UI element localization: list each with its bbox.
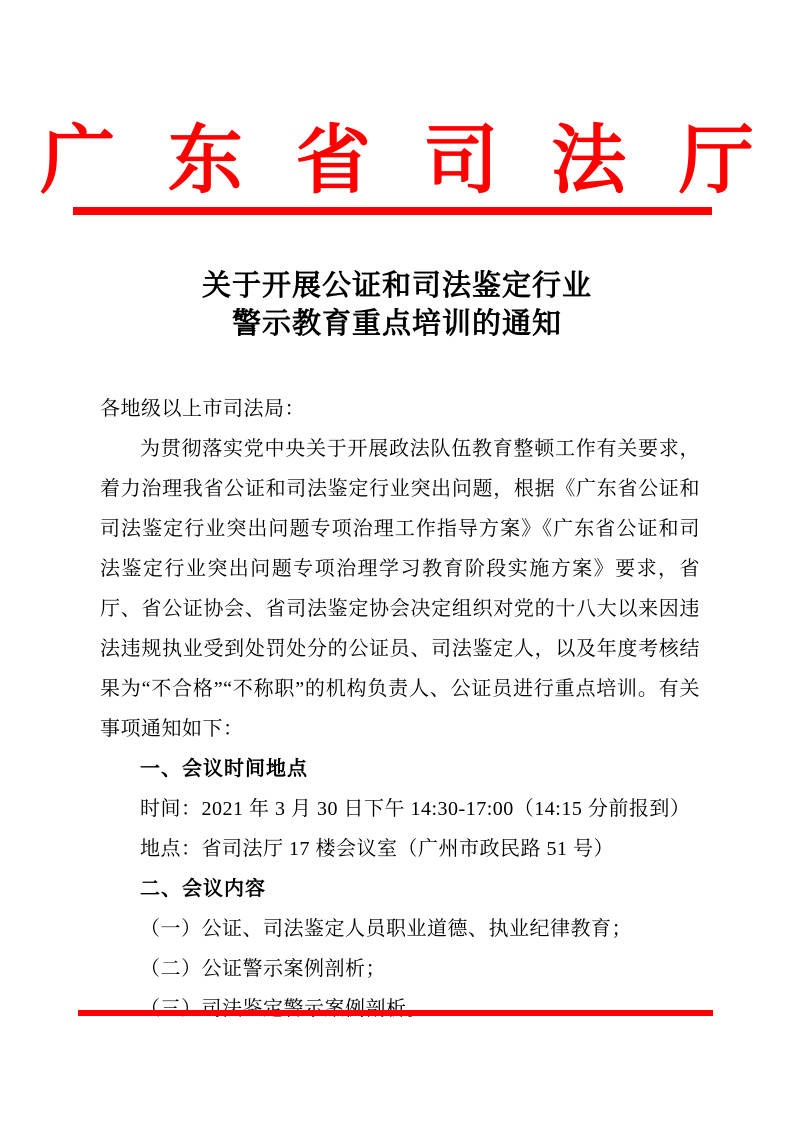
document-page: 广 东 省 司 法 厅 关于开展公证和司法鉴定行业 警示教育重点培训的通知 各地… xyxy=(0,0,794,1123)
agenda-item-1: （一）公证、司法鉴定人员职业道德、执业纪律教育； xyxy=(100,909,700,949)
footer-divider-rule xyxy=(78,1010,713,1016)
letterhead-agency-name: 广 东 省 司 法 厅 xyxy=(0,124,794,199)
document-title-line2: 警示教育重点培训的通知 xyxy=(0,305,794,343)
intro-paragraph: 为贯彻落实党中央关于开展政法队伍教育整顿工作有关要求，着力治理我省公证和司法鉴定… xyxy=(100,429,700,749)
agenda-item-3: （三）司法鉴定警示案例剖析。 xyxy=(100,989,700,1029)
meeting-place-line: 地点：省司法厅 17 楼会议室（广州市政民路 51 号） xyxy=(100,829,700,869)
document-title: 关于开展公证和司法鉴定行业 警示教育重点培训的通知 xyxy=(0,267,794,343)
document-body: 各地级以上市司法局： 为贯彻落实党中央关于开展政法队伍教育整顿工作有关要求，着力… xyxy=(100,389,700,1029)
section1-heading: 一、会议时间地点 xyxy=(100,749,700,789)
agenda-item-2: （二）公证警示案例剖析； xyxy=(100,949,700,989)
meeting-time-line: 时间：2021 年 3 月 30 日下午 14:30-17:00（14:15 分… xyxy=(100,789,700,829)
section2-heading: 二、会议内容 xyxy=(100,869,700,909)
letterhead-divider-rule xyxy=(73,207,712,215)
document-title-line1: 关于开展公证和司法鉴定行业 xyxy=(0,267,794,305)
salutation: 各地级以上市司法局： xyxy=(100,389,700,429)
